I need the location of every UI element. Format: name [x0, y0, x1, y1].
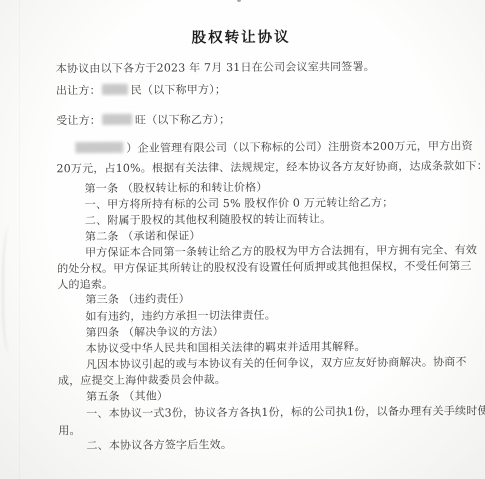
transferor-line: 出让方：民（以下称甲方）；	[56, 83, 226, 98]
line-text: 第一条 （股权转让标的和转让价格）	[85, 181, 268, 195]
article-5-item-1a: 一、本协议一式3份，协议各方各执1份，标的公司执1份，以备办理有关手续时使	[86, 404, 485, 421]
redacted-text	[102, 84, 128, 95]
document-title: 股权转让协议	[0, 24, 484, 48]
line-text: 的处分权。甲方保证其所转让的股权没有设置任何质押或其他担保权，不受任何第三	[57, 259, 471, 275]
line-text: 受让方：	[56, 114, 101, 127]
article-3-heading: 第三条 （违约责任）	[85, 292, 190, 307]
company-line-2: 20万元，占10%。根据有关法律、法规规定，经本协议各方友好协商，达成条款如下：	[56, 159, 485, 176]
article-1-item-1: 一、甲方将所持有标的公司 5% 股权作价 0 万元转让给乙方；	[85, 196, 394, 212]
line-text: 用。	[58, 424, 80, 437]
line-text: 成，应提交上海仲裁委员会仲裁。	[58, 373, 226, 387]
line-text: 本协议受中华人民共和国相关法律的羁束并适用其解释。	[86, 340, 366, 355]
article-1-item-2: 二、附属于股权的其他权利随股权的转让而转让。	[85, 212, 331, 228]
line-text: 20万元，占10%。根据有关法律、法规规定，经本协议各方友好协商，达成条款如下：	[56, 159, 485, 175]
transferee-line: 受让方：旺（以下称乙方）；	[56, 113, 230, 128]
contract-document: 股权转让协议 本协议由以下各方于2023 年 7月 31日在公司会议室共同签署。…	[0, 0, 485, 479]
article-4-body-3: 成，应提交上海仲裁委员会仲裁。	[58, 373, 226, 388]
line-text: 民（以下称甲方）；	[131, 83, 226, 97]
article-2-body-1: 甲方保证本合同第一条转让给乙方的股权为甲方合法拥有，甲方拥有完全、有效	[85, 243, 477, 260]
article-4-body-2: 凡因本协议引起的或与本协议有关的任何争议，双方应友好协商解决。协商不	[86, 355, 467, 372]
article-2-body-3: 人的追索。	[57, 278, 113, 292]
article-1-heading: 第一条 （股权转让标的和转让价格）	[85, 181, 268, 196]
line-text: 第五条 （其他）	[86, 390, 168, 404]
line-text: 一、本协议一式3份，协议各方各执1份，标的公司执1份，以备办理有关手续时使	[86, 404, 485, 420]
line-text: 出让方：	[56, 84, 101, 97]
document-lines: 本协议由以下各方于2023 年 7月 31日在公司会议室共同签署。出让方：民（以…	[0, 0, 483, 2]
photographed-contract-page: 股权转让协议 本协议由以下各方于2023 年 7月 31日在公司会议室共同签署。…	[0, 0, 485, 479]
line-text: 如有违约，违约方承担一切法律责任。	[85, 309, 275, 323]
line-text: 本协议由以下各方于2023 年 7月 31日在公司会议室共同签署。	[56, 60, 375, 75]
article-2-body-2: 的处分权。甲方保证其所转让的股权没有设置任何质押或其他担保权，不受任何第三	[57, 259, 471, 276]
line-text: 第四条 （解决争议的方法）	[86, 325, 224, 339]
line-text: 第二条 （承诺和保证）	[85, 229, 201, 243]
line-text: 人的追索。	[57, 278, 113, 291]
article-5-item-2: 二、本协议各方签字后生效。	[86, 438, 232, 453]
redacted-text	[102, 114, 132, 125]
article-2-heading: 第二条 （承诺和保证）	[85, 229, 201, 244]
article-3-body: 如有违约，违约方承担一切法律责任。	[85, 309, 275, 324]
company-line: ）企业管理有限公司（以下称标的公司）注册资本200万元，甲方出资	[74, 139, 472, 156]
line-text: 二、本协议各方签字后生效。	[86, 438, 232, 452]
intro-line: 本协议由以下各方于2023 年 7月 31日在公司会议室共同签署。	[56, 60, 375, 76]
line-text: 旺（以下称乙方）；	[135, 113, 230, 127]
article-5-item-1b: 用。	[58, 424, 81, 438]
article-4-body-1: 本协议受中华人民共和国相关法律的羁束并适用其解释。	[86, 340, 366, 356]
article-5-heading: 第五条 （其他）	[86, 390, 168, 405]
line-text: ）企业管理有限公司（以下称标的公司）注册资本200万元，甲方出资	[126, 139, 472, 154]
article-4-heading: 第四条 （解决争议的方法）	[86, 325, 224, 340]
line-text: 凡因本协议引起的或与本协议有关的任何争议，双方应友好协商解决。协商不	[86, 355, 467, 371]
line-text: 第三条 （违约责任）	[85, 292, 190, 306]
redacted-text	[75, 142, 123, 153]
line-text: 甲方保证本合同第一条转让给乙方的股权为甲方合法拥有，甲方拥有完全、有效	[85, 243, 477, 259]
line-text: 一、甲方将所持有标的公司 5% 股权作价 0 万元转让给乙方；	[85, 196, 394, 211]
line-text: 二、附属于股权的其他权利随股权的转让而转让。	[85, 212, 331, 227]
